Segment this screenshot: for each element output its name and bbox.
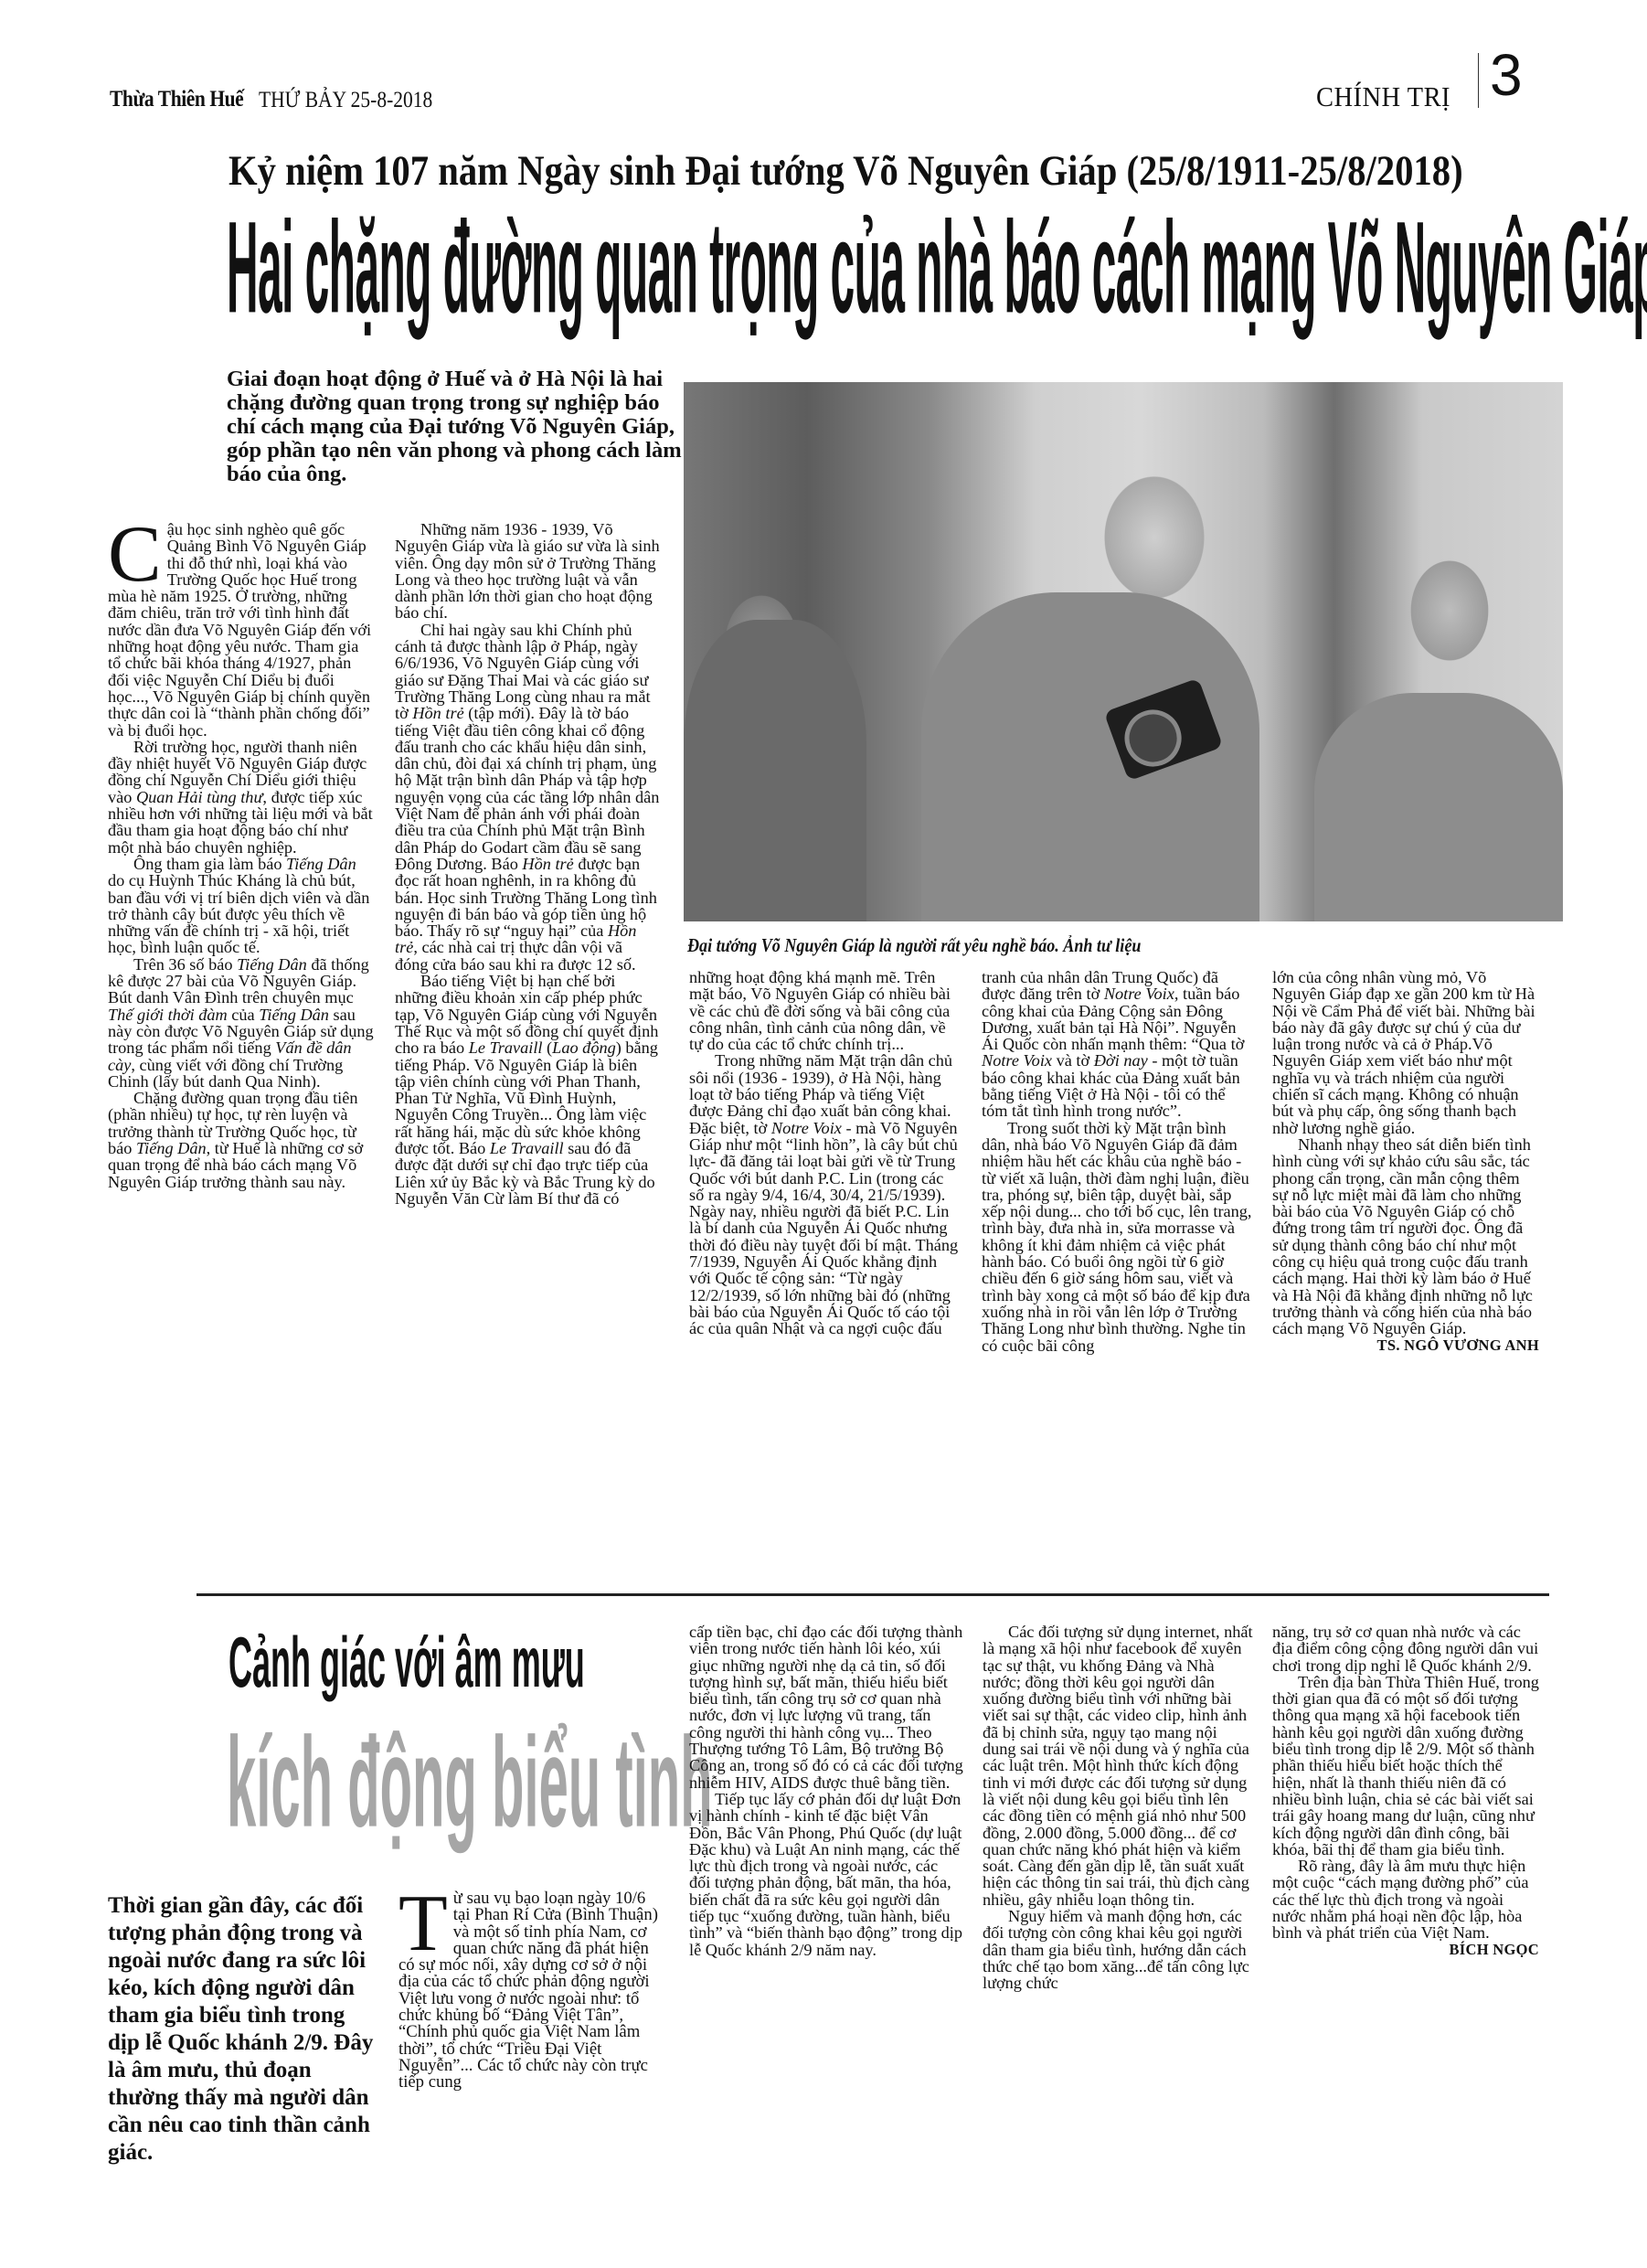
article2-col3-para2: Nguy hiểm và manh động hơn, các đối tượn… — [983, 1908, 1253, 1991]
article2-col4-para3: Rõ ràng, đây là âm mưu thực hiện một cuộ… — [1272, 1858, 1539, 1941]
article1-column-5: lớn của công nhân vùng mỏ, Võ Nguyên Giá… — [1272, 969, 1539, 1354]
article2-col1-para1: Từ sau vụ bạo loạn ngày 10/6 tại Phan Rí… — [398, 1890, 665, 2092]
article1-col3-para2: Trong những năm Mặt trận dân chủ sôi nổi… — [689, 1052, 960, 1336]
article1-column-1: Cậu học sinh nghèo quê gốc Quảng Bình Võ… — [108, 521, 375, 1190]
article2-col2-para1: cấp tiền bạc, chỉ đạo các đối tượng thàn… — [689, 1624, 963, 1791]
article2-column-1: Từ sau vụ bạo loạn ngày 10/6 tại Phan Rí… — [398, 1890, 665, 2092]
article2-col4-para1: năng, trụ sở cơ quan nhà nước và các địa… — [1272, 1624, 1539, 1674]
article-divider — [197, 1593, 1549, 1596]
article1-headline: Hai chặng đường quan trọng của nhà báo c… — [227, 203, 1647, 334]
article1-col5-para1: lớn của công nhân vùng mỏ, Võ Nguyên Giá… — [1272, 969, 1539, 1136]
article1-column-4: tranh của nhân dân Trung Quốc) đã được đ… — [982, 969, 1252, 1354]
article1-col4-para2: Trong suốt thời kỳ Mặt trận bình dân, nh… — [982, 1120, 1252, 1354]
section-label: CHÍNH TRỊ — [1316, 80, 1450, 113]
article2-headline-line1: Cảnh giác với âm mưu — [228, 1627, 585, 1698]
article1-byline: TS. NGÔ VƯƠNG ANH — [1272, 1337, 1539, 1354]
photo-figure-left — [684, 620, 866, 921]
article2-headline-line2: kích động biểu tình — [227, 1719, 713, 1847]
issue-date: THỨ BẢY 25-8-2018 — [259, 88, 432, 113]
newspaper-name: Thừa Thiên Huế — [110, 87, 243, 112]
masthead-divider — [1478, 53, 1479, 108]
article2-column-3: Các đối tượng sử dụng internet, nhất là … — [983, 1624, 1253, 1992]
article1-col1-para5: Chặng đường quan trọng đầu tiên (phần nh… — [108, 1090, 375, 1190]
article1-column-3: những hoạt động khá mạnh mẽ. Trên mặt bá… — [689, 969, 960, 1337]
article2-byline: BÍCH NGỌC — [1272, 1942, 1539, 1958]
page-number: 3 — [1490, 46, 1523, 104]
article1-col5-para2: Nhanh nhạy theo sát diễn biến tình hình … — [1272, 1136, 1539, 1337]
article1-col2-para1: Những năm 1936 - 1939, Võ Nguyên Giáp vừ… — [395, 521, 660, 622]
article1-kicker: Kỷ niệm 107 năm Ngày sinh Đại tướng Võ N… — [228, 146, 1383, 196]
photo-figure-center — [921, 592, 1259, 921]
article1-col4-para1: tranh của nhân dân Trung Quốc) đã được đ… — [982, 969, 1252, 1120]
article2-column-4: năng, trụ sở cơ quan nhà nước và các địa… — [1272, 1624, 1539, 1958]
article1-col3-para1: những hoạt động khá mạnh mẽ. Trên mặt bá… — [689, 969, 960, 1052]
article1-col1-para4: Trên 36 số báo Tiếng Dân đã thống kê đượ… — [108, 956, 375, 1090]
article1-photo — [684, 382, 1563, 921]
article2-col2-para2: Tiếp tục lấy cớ phản đối dự luật Đơn vị … — [689, 1791, 963, 1958]
article1-standfirst: Giai đoạn hoạt động ở Huế và ở Hà Nội là… — [227, 367, 684, 486]
dropcap: C — [108, 525, 162, 585]
article1-col1-para1: Cậu học sinh nghèo quê gốc Quảng Bình Võ… — [108, 521, 375, 739]
article1-col2-para3: Báo tiếng Việt bị hạn chế bởi những điều… — [395, 973, 660, 1207]
photo-caption: Đại tướng Võ Nguyên Giáp là người rất yê… — [687, 934, 1141, 957]
article1-col1-para2: Rời trường học, người thanh niên đầy nhi… — [108, 739, 375, 856]
article1-col2-para2: Chỉ hai ngày sau khi Chính phủ cánh tả đ… — [395, 622, 660, 973]
article1-col1-para3: Ông tham gia làm báo Tiếng Dân do cụ Huỳ… — [108, 856, 375, 956]
article1-column-2: Những năm 1936 - 1939, Võ Nguyên Giáp vừ… — [395, 521, 660, 1207]
article2-standfirst: Thời gian gần đây, các đối tượng phản độ… — [108, 1892, 382, 2167]
article2-col3-para1: Các đối tượng sử dụng internet, nhất là … — [983, 1624, 1253, 1908]
photo-figure-right — [1314, 693, 1563, 921]
dropcap: T — [398, 1894, 448, 1954]
article2-column-2: cấp tiền bạc, chỉ đạo các đối tượng thàn… — [689, 1624, 963, 1958]
article2-col4-para2: Trên địa bàn Thừa Thiên Huế, trong thời … — [1272, 1674, 1539, 1858]
